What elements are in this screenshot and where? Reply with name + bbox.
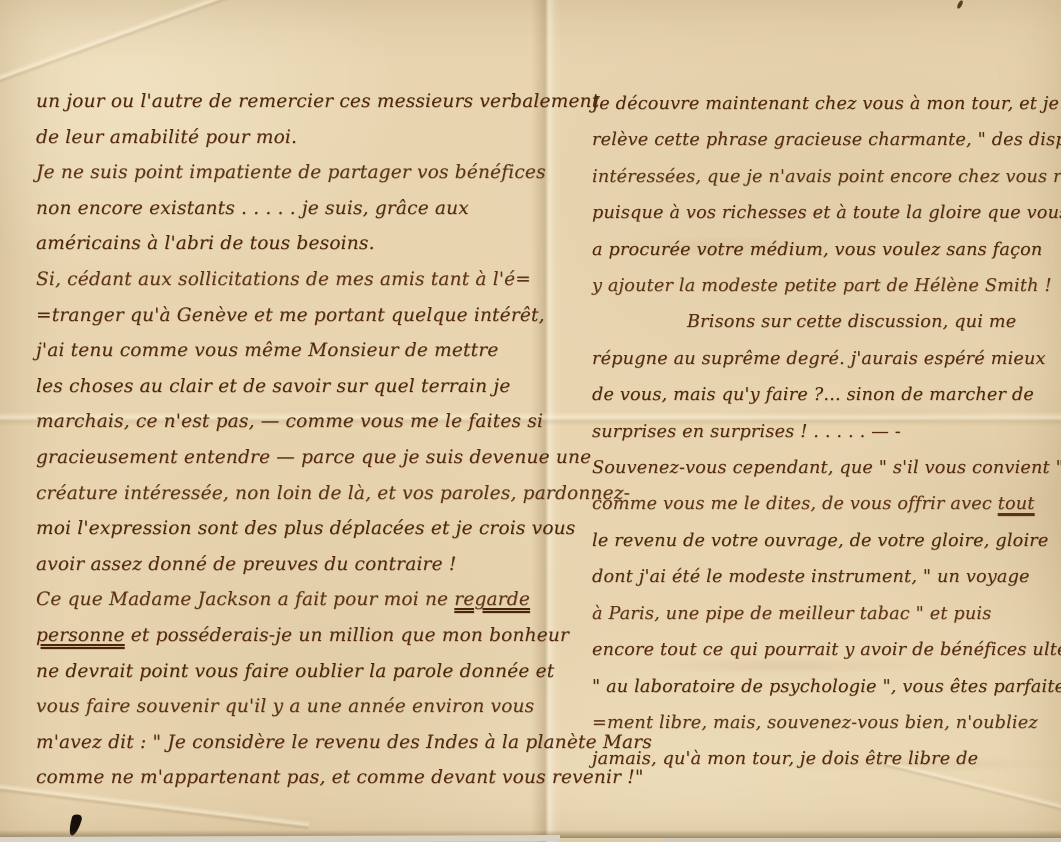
handwritten-line: les choses au clair et de savoir sur que… bbox=[36, 369, 541, 405]
handwritten-line: le revenu de votre ouvrage, de votre glo… bbox=[592, 523, 1061, 559]
text-segment: intéressées, que je n'avais point encore… bbox=[592, 167, 1061, 187]
text-segment: regarde bbox=[454, 589, 530, 610]
text-segment: Si, cédant aux sollicitations de mes ami… bbox=[36, 269, 531, 290]
handwritten-line: un jour ou l'autre de remercier ces mess… bbox=[36, 84, 541, 120]
handwritten-line: comme ne m'appartenant pas, et comme dev… bbox=[36, 760, 541, 796]
handwritten-line: personne et posséderais-je un million qu… bbox=[36, 618, 541, 654]
handwritten-line: moi l'expression sont des plus déplacées… bbox=[36, 511, 541, 547]
handwritten-line: puisque à vos richesses et à toute la gl… bbox=[592, 195, 1061, 231]
handwritten-line: surprises en surprises ! . . . . . — - bbox=[592, 414, 1061, 450]
text-segment: américains à l'abri de tous besoins. bbox=[36, 233, 375, 254]
text-segment: un jour ou l'autre de remercier ces mess… bbox=[36, 91, 599, 112]
text-segment: a procurée votre médium, vous voulez san… bbox=[592, 240, 1042, 260]
text-segment: y ajouter la modeste petite part de Hélè… bbox=[592, 276, 1052, 296]
text-segment: Brisons sur cette discussion, qui me bbox=[687, 312, 1016, 332]
handwritten-line: y ajouter la modeste petite part de Hélè… bbox=[592, 268, 1061, 304]
handwritten-line: Brisons sur cette discussion, qui me bbox=[592, 304, 1061, 340]
text-segment: Je découvre maintenant chez vous à mon t… bbox=[592, 94, 1059, 114]
text-segment: jamais, qu'à mon tour, je dois être libr… bbox=[592, 749, 978, 769]
text-segment: surprises en surprises ! . . . . . — - bbox=[592, 422, 901, 442]
text-segment: relève cette phrase gracieuse charmante,… bbox=[592, 130, 1061, 150]
handwritten-line: intéressées, que je n'avais point encore… bbox=[592, 159, 1061, 195]
text-segment: ne devrait point vous faire oublier la p… bbox=[36, 661, 554, 682]
text-segment: " au laboratoire de psychologie ", vous … bbox=[592, 677, 1061, 697]
text-segment: encore tout ce qui pourrait y avoir de b… bbox=[592, 640, 1061, 660]
text-segment: =tranger qu'à Genève et me portant quelq… bbox=[36, 305, 545, 326]
text-segment: Ce que Madame Jackson a fait pour moi ne bbox=[36, 589, 454, 610]
handwritten-line: =tranger qu'à Genève et me portant quelq… bbox=[36, 298, 541, 334]
text-segment: de vous, mais qu'y faire ?... sinon de m… bbox=[592, 385, 1034, 405]
handwritten-line: Si, cédant aux sollicitations de mes ami… bbox=[36, 262, 541, 298]
handwritten-line: relève cette phrase gracieuse charmante,… bbox=[592, 122, 1061, 158]
handwritten-line: encore tout ce qui pourrait y avoir de b… bbox=[592, 632, 1061, 668]
handwritten-line: comme vous me le dites, de vous offrir a… bbox=[592, 486, 1061, 522]
text-segment: à Paris, une pipe de meilleur tabac " et… bbox=[592, 604, 991, 624]
text-segment: le revenu de votre ouvrage, de votre glo… bbox=[592, 531, 1049, 551]
handwritten-line: répugne au suprême degré. j'aurais espér… bbox=[592, 341, 1061, 377]
letter-scan: un jour ou l'autre de remercier ces mess… bbox=[0, 0, 1061, 842]
handwritten-line: avoir assez donné de preuves du contrair… bbox=[36, 547, 541, 583]
text-segment: vous faire souvenir qu'il y a une année … bbox=[36, 696, 534, 717]
handwritten-line: Ce que Madame Jackson a fait pour moi ne… bbox=[36, 582, 541, 618]
handwritten-line: américains à l'abri de tous besoins. bbox=[36, 226, 541, 262]
text-segment: les choses au clair et de savoir sur que… bbox=[36, 376, 510, 397]
text-segment: comme ne m'appartenant pas, et comme dev… bbox=[36, 767, 644, 788]
text-segment: m'avez dit : " Je considère le revenu de… bbox=[36, 732, 652, 753]
text-segment: tout bbox=[998, 494, 1035, 514]
text-segment: moi l'expression sont des plus déplacées… bbox=[36, 518, 575, 539]
handwritten-line: =ment libre, mais, souvenez-vous bien, n… bbox=[592, 705, 1061, 741]
text-segment: dont j'ai été le modeste instrument, " u… bbox=[592, 567, 1030, 587]
text-segment: gracieusement entendre — parce que je su… bbox=[36, 447, 591, 468]
text-segment: j'ai tenu comme vous même Monsieur de me… bbox=[36, 340, 499, 361]
handwritten-line: marchais, ce n'est pas, — comme vous me … bbox=[36, 404, 541, 440]
handwritten-line: " au laboratoire de psychologie ", vous … bbox=[592, 669, 1061, 705]
scan-backing-strip-right bbox=[661, 838, 1061, 842]
text-segment: de leur amabilité pour moi. bbox=[36, 127, 297, 148]
text-segment: et posséderais-je un million que mon bon… bbox=[125, 625, 569, 646]
handwritten-line: créature intéressée, non loin de là, et … bbox=[36, 476, 541, 512]
handwritten-line: à Paris, une pipe de meilleur tabac " et… bbox=[592, 596, 1061, 632]
handwritten-line: dont j'ai été le modeste instrument, " u… bbox=[592, 559, 1061, 595]
ink-speck bbox=[956, 0, 964, 9]
text-segment: créature intéressée, non loin de là, et … bbox=[36, 483, 630, 504]
text-segment: répugne au suprême degré. j'aurais espér… bbox=[592, 349, 1046, 369]
handwritten-line: jamais, qu'à mon tour, je dois être libr… bbox=[592, 741, 1061, 777]
scan-backing-strip bbox=[0, 835, 560, 842]
handwritten-line: vous faire souvenir qu'il y a une année … bbox=[36, 689, 541, 725]
handwritten-line: de leur amabilité pour moi. bbox=[36, 120, 541, 156]
text-segment: non encore existants . . . . . je suis, … bbox=[36, 198, 469, 219]
text-segment: comme vous me le dites, de vous offrir a… bbox=[592, 494, 998, 514]
handwritten-line: ne devrait point vous faire oublier la p… bbox=[36, 654, 541, 690]
text-segment: avoir assez donné de preuves du contrair… bbox=[36, 554, 456, 575]
text-segment: Je ne suis point impatiente de partager … bbox=[36, 162, 546, 183]
handwritten-line: Je ne suis point impatiente de partager … bbox=[36, 155, 541, 191]
handwritten-line: a procurée votre médium, vous voulez san… bbox=[592, 232, 1061, 268]
handwritten-line: non encore existants . . . . . je suis, … bbox=[36, 191, 541, 227]
handwritten-line: j'ai tenu comme vous même Monsieur de me… bbox=[36, 333, 541, 369]
handwritten-line: Souvenez-vous cependant, que " s'il vous… bbox=[592, 450, 1061, 486]
handwritten-line: Je découvre maintenant chez vous à mon t… bbox=[592, 86, 1061, 122]
text-segment: =ment libre, mais, souvenez-vous bien, n… bbox=[592, 713, 1038, 733]
left-page-text: un jour ou l'autre de remercier ces mess… bbox=[36, 84, 541, 796]
text-segment: puisque à vos richesses et à toute la gl… bbox=[592, 203, 1061, 223]
text-segment: marchais, ce n'est pas, — comme vous me … bbox=[36, 411, 543, 432]
handwritten-line: gracieusement entendre — parce que je su… bbox=[36, 440, 541, 476]
text-segment: Souvenez-vous cependant, que " s'il vous… bbox=[592, 458, 1061, 478]
text-segment: personne bbox=[36, 625, 125, 646]
handwritten-line: m'avez dit : " Je considère le revenu de… bbox=[36, 725, 541, 761]
right-page-text: Je découvre maintenant chez vous à mon t… bbox=[592, 86, 1061, 778]
handwritten-line: de vous, mais qu'y faire ?... sinon de m… bbox=[592, 377, 1061, 413]
